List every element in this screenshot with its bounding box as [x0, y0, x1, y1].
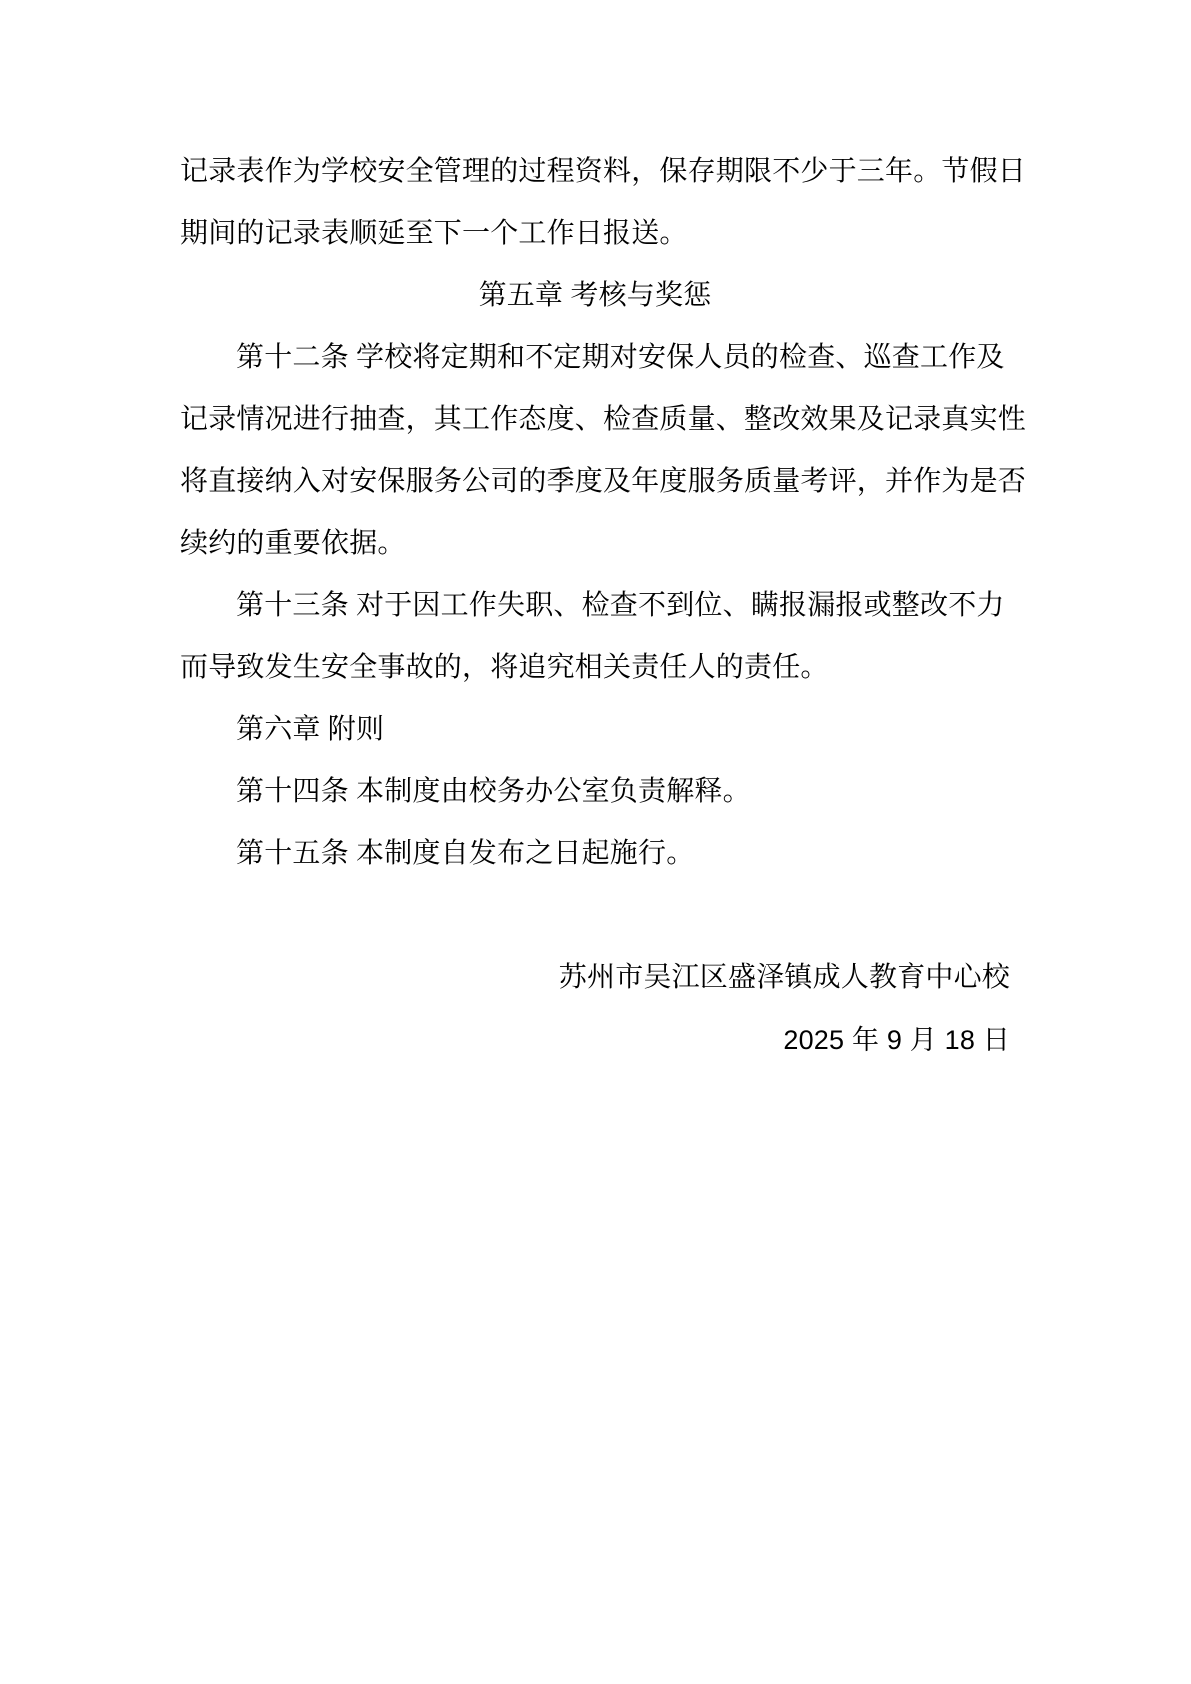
signature-organization: 苏州市吴江区盛泽镇成人教育中心校	[180, 947, 1010, 1009]
blank-line	[180, 885, 1010, 947]
article13-line-1: 第十三条 对于因工作失职、检查不到位、瞒报漏报或整改不力	[180, 575, 1010, 637]
article12-line-4: 续约的重要依据。	[180, 513, 1010, 575]
document-body: 记录表作为学校安全管理的过程资料，保存期限不少于三年。节假日 期间的记录表顺延至…	[180, 141, 1010, 1071]
article14-line: 第十四条 本制度由校务办公室负责解释。	[180, 761, 1010, 823]
intro-paragraph-line-2: 期间的记录表顺延至下一个工作日报送。	[180, 203, 1010, 265]
document-page: 记录表作为学校安全管理的过程资料，保存期限不少于三年。节假日 期间的记录表顺延至…	[0, 0, 1191, 1684]
article15-line: 第十五条 本制度自发布之日起施行。	[180, 823, 1010, 885]
article12-line-1: 第十二条 学校将定期和不定期对安保人员的检查、巡查工作及	[180, 327, 1010, 389]
chapter6-heading: 第六章 附则	[180, 699, 1010, 761]
chapter5-heading: 第五章 考核与奖惩	[180, 265, 1010, 327]
intro-paragraph-line-1: 记录表作为学校安全管理的过程资料，保存期限不少于三年。节假日	[180, 141, 1010, 203]
article12-line-2: 记录情况进行抽查，其工作态度、检查质量、整改效果及记录真实性	[180, 389, 1010, 451]
signature-date: 2025 年 9 月 18 日	[180, 1009, 1010, 1071]
article12-line-3: 将直接纳入对安保服务公司的季度及年度服务质量考评，并作为是否	[180, 451, 1010, 513]
article13-line-2: 而导致发生安全事故的，将追究相关责任人的责任。	[180, 637, 1010, 699]
